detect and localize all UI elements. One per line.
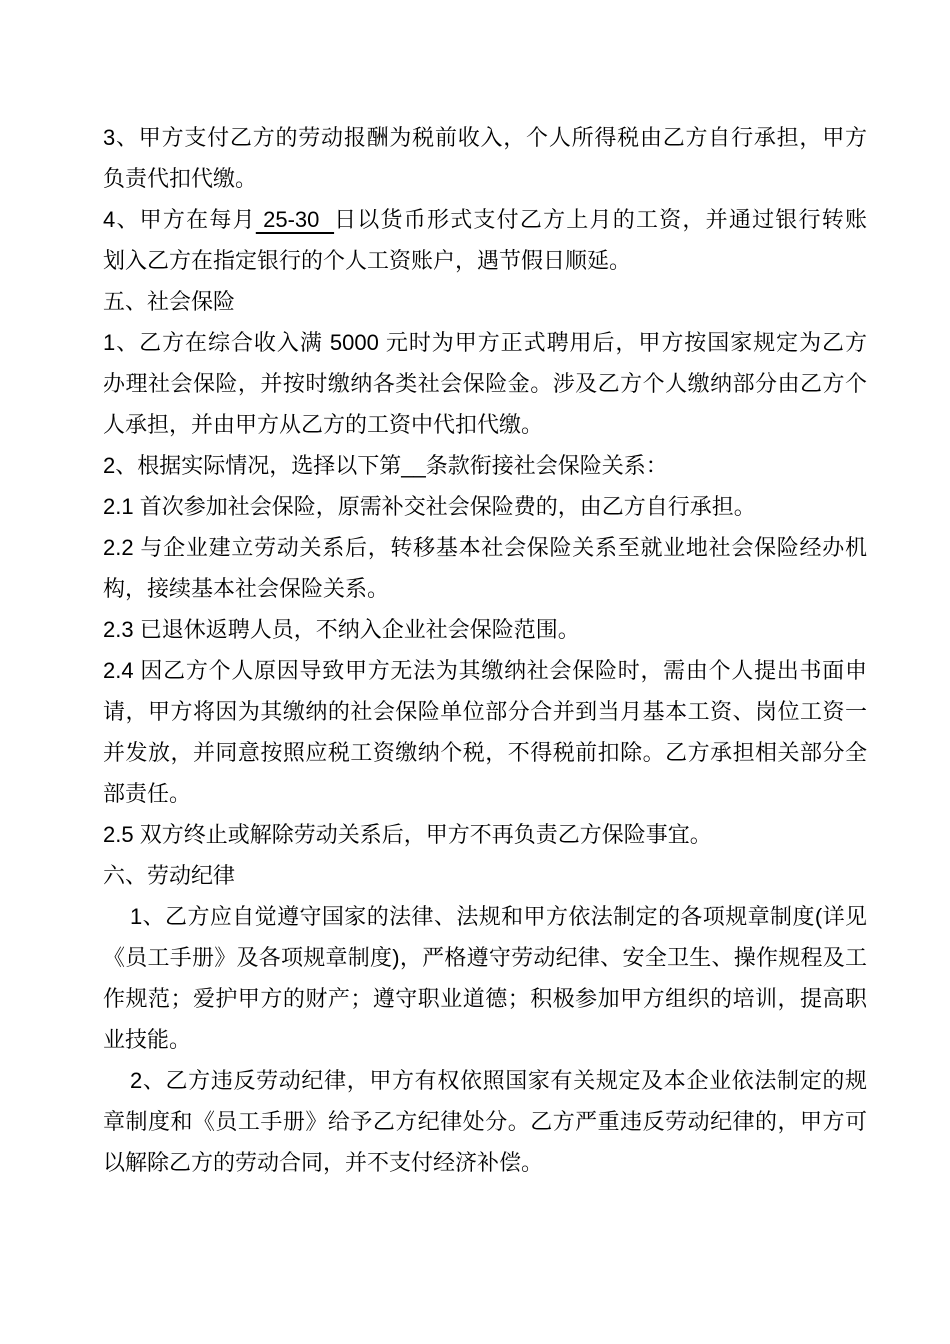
text-line: 1、乙方应自觉遵守国家的法律、法规和甲方依法制定的各项规章制度(详见 — [103, 896, 867, 937]
text-line: 2.3 已退休返聘人员，不纳入企业社会保险范围。 — [103, 609, 867, 650]
text-line: 业技能。 — [103, 1019, 867, 1060]
text-line: 章制度和《员工手册》给予乙方纪律处分。乙方严重违反劳动纪律的，甲方可 — [103, 1101, 867, 1142]
text-line: 2.2 与企业建立劳动关系后，转移基本社会保险关系至就业地社会保险经办机 — [103, 527, 867, 568]
text-line: 并发放，并同意按照应税工资缴纳个税，不得税前扣除。乙方承担相关部分全 — [103, 732, 867, 773]
text-line: 请，甲方将因为其缴纳的社会保险单位部分合并到当月基本工资、岗位工资一 — [103, 691, 867, 732]
text-segment: 2.1 首次参加社会保险，原需补交社会保险费的，由乙方自行承担。 — [103, 494, 756, 519]
text-segment: 3、甲方支付乙方的劳动报酬为税前收入，个人所得税由乙方自行承担，甲方 — [103, 125, 867, 150]
document-body: 3、甲方支付乙方的劳动报酬为税前收入，个人所得税由乙方自行承担，甲方负责代扣代缴… — [103, 117, 867, 1183]
text-segment: 部责任。 — [103, 781, 191, 806]
text-line: 以解除乙方的劳动合同，并不支付经济补偿。 — [103, 1142, 867, 1183]
text-segment: 2、根据实际情况，选择以下第__条款衔接社会保险关系： — [103, 453, 668, 478]
text-segment: 六、劳动纪律 — [103, 863, 235, 888]
text-segment: 人承担，并由甲方从乙方的工资中代扣代缴。 — [103, 412, 543, 437]
text-segment: 4、甲方在每月 — [103, 207, 256, 232]
text-segment: 构，接续基本社会保险关系。 — [103, 576, 389, 601]
text-line: 2.4 因乙方个人原因导致甲方无法为其缴纳社会保险时，需由个人提出书面申 — [103, 650, 867, 691]
section-heading: 六、劳动纪律 — [103, 855, 867, 896]
text-segment: 1、乙方应自觉遵守国家的法律、法规和甲方依法制定的各项规章制度(详见 — [130, 904, 867, 929]
text-line: 作规范；爱护甲方的财产；遵守职业道德；积极参加甲方组织的培训，提高职 — [103, 978, 867, 1019]
text-line: 4、甲方在每月 25-30 日以货币形式支付乙方上月的工资，并通过银行转账 — [103, 199, 867, 240]
text-segment: 作规范；爱护甲方的财产；遵守职业道德；积极参加甲方组织的培训，提高职 — [103, 986, 867, 1011]
text-segment: 2.5 双方终止或解除劳动关系后，甲方不再负责乙方保险事宜。 — [103, 822, 712, 847]
text-line: 《员工手册》及各项规章制度)，严格遵守劳动纪律、安全卫生、操作规程及工 — [103, 937, 867, 978]
text-segment: 《员工手册》及各项规章制度)，严格遵守劳动纪律、安全卫生、操作规程及工 — [103, 945, 867, 970]
text-line: 1、乙方在综合收入满 5000 元时为甲方正式聘用后，甲方按国家规定为乙方 — [103, 322, 867, 363]
text-segment: 1、乙方在综合收入满 5000 元时为甲方正式聘用后，甲方按国家规定为乙方 — [103, 330, 867, 355]
text-line: 2、乙方违反劳动纪律，甲方有权依照国家有关规定及本企业依法制定的规 — [103, 1060, 867, 1101]
text-segment: 请，甲方将因为其缴纳的社会保险单位部分合并到当月基本工资、岗位工资一 — [103, 699, 867, 724]
text-segment: 2、乙方违反劳动纪律，甲方有权依照国家有关规定及本企业依法制定的规 — [130, 1068, 867, 1093]
text-segment: 以解除乙方的劳动合同，并不支付经济补偿。 — [103, 1150, 543, 1175]
text-line: 2、根据实际情况，选择以下第__条款衔接社会保险关系： — [103, 445, 867, 486]
text-segment: 章制度和《员工手册》给予乙方纪律处分。乙方严重违反劳动纪律的，甲方可 — [103, 1109, 867, 1134]
text-line: 2.5 双方终止或解除劳动关系后，甲方不再负责乙方保险事宜。 — [103, 814, 867, 855]
text-line: 构，接续基本社会保险关系。 — [103, 568, 867, 609]
text-segment: 划入乙方在指定银行的个人工资账户，遇节假日顺延。 — [103, 248, 631, 273]
text-segment: 并发放，并同意按照应税工资缴纳个税，不得税前扣除。乙方承担相关部分全 — [103, 740, 867, 765]
document-page: 3、甲方支付乙方的劳动报酬为税前收入，个人所得税由乙方自行承担，甲方负责代扣代缴… — [0, 0, 950, 1344]
text-segment: 2.3 已退休返聘人员，不纳入企业社会保险范围。 — [103, 617, 580, 642]
text-line: 人承担，并由甲方从乙方的工资中代扣代缴。 — [103, 404, 867, 445]
text-segment: 负责代扣代缴。 — [103, 166, 257, 191]
section-heading: 五、社会保险 — [103, 281, 867, 322]
text-line: 办理社会保险，并按时缴纳各类社会保险金。涉及乙方个人缴纳部分由乙方个 — [103, 363, 867, 404]
text-line: 2.1 首次参加社会保险，原需补交社会保险费的，由乙方自行承担。 — [103, 486, 867, 527]
text-line: 部责任。 — [103, 773, 867, 814]
text-segment: 2.4 因乙方个人原因导致甲方无法为其缴纳社会保险时，需由个人提出书面申 — [103, 658, 867, 683]
text-line: 负责代扣代缴。 — [103, 158, 867, 199]
text-segment: 业技能。 — [103, 1027, 191, 1052]
text-line: 划入乙方在指定银行的个人工资账户，遇节假日顺延。 — [103, 240, 867, 281]
text-line: 3、甲方支付乙方的劳动报酬为税前收入，个人所得税由乙方自行承担，甲方 — [103, 117, 867, 158]
text-segment: 办理社会保险，并按时缴纳各类社会保险金。涉及乙方个人缴纳部分由乙方个 — [103, 371, 867, 396]
underlined-blank: 25-30 — [256, 207, 334, 232]
text-segment: 日以货币形式支付乙方上月的工资，并通过银行转账 — [334, 207, 867, 232]
text-segment: 五、社会保险 — [103, 289, 235, 314]
text-segment: 2.2 与企业建立劳动关系后，转移基本社会保险关系至就业地社会保险经办机 — [103, 535, 867, 560]
